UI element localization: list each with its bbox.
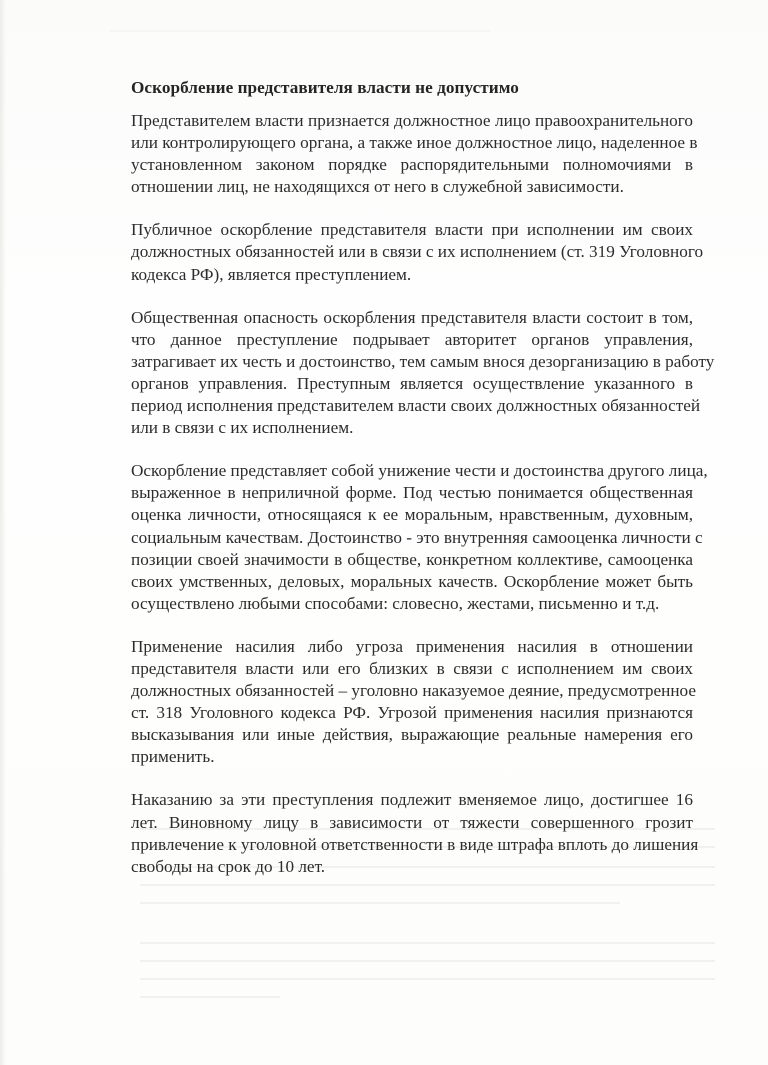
text-line: оценка личности, относящаяся к ее мораль…	[131, 504, 693, 526]
text-line: представителя власти или его близких в с…	[131, 658, 693, 680]
text-line: Наказанию за эти преступления подлежит в…	[131, 789, 693, 811]
text-line: кодекса РФ), является преступлением.	[131, 264, 693, 286]
text-line: своих умственных, деловых, моральных кач…	[131, 571, 693, 593]
text-line: осуществлено любыми способами: словесно,…	[131, 593, 693, 615]
bleed-through-line	[110, 30, 490, 32]
text-line: Общественная опасность оскорбления предс…	[131, 307, 693, 329]
text-line: привлечение к уголовной ответственности …	[131, 834, 693, 856]
text-line: органов управления. Преступным является …	[131, 373, 693, 395]
text-line: должностных обязанностей – уголовно нака…	[131, 680, 693, 702]
text-line: позиции своей значимости в обществе, кон…	[131, 549, 693, 571]
paragraph-article-319: Публичное оскорбление представителя влас…	[131, 219, 693, 285]
bleed-through-line	[140, 960, 715, 962]
text-line: Применение насилия либо угроза применени…	[131, 636, 693, 658]
bleed-through-line	[140, 996, 280, 998]
text-line: Оскорбление представляет собой унижение …	[131, 460, 693, 482]
text-line: затрагивает их честь и достоинство, тем …	[131, 351, 693, 373]
paragraph-insult-definition: Оскорбление представляет собой унижение …	[131, 460, 693, 615]
text-line: применить.	[131, 746, 693, 768]
text-line: Представителем власти признается должнос…	[131, 110, 693, 132]
text-line: Публичное оскорбление представителя влас…	[131, 219, 693, 241]
document-title: Оскорбление представителя власти не допу…	[131, 77, 693, 99]
text-line: социальным качествам. Достоинство - это …	[131, 527, 693, 549]
paragraph-definition: Представителем власти признается должнос…	[131, 110, 693, 198]
scanned-page: Оскорбление представителя власти не допу…	[0, 0, 768, 1065]
text-line: должностных обязанностей или в связи с и…	[131, 241, 693, 263]
paragraph-article-318: Применение насилия либо угроза применени…	[131, 636, 693, 769]
bleed-through-line	[140, 942, 715, 944]
text-line: установленном законом порядке распорядит…	[131, 154, 693, 176]
text-line: или в связи с их исполнением.	[131, 417, 693, 439]
text-line: что данное преступление подрывает автори…	[131, 329, 693, 351]
scan-edge-shadow	[0, 0, 6, 1065]
text-line: свободы на срок до 10 лет.	[131, 856, 693, 878]
paragraph-punishment: Наказанию за эти преступления подлежит в…	[131, 789, 693, 877]
bleed-through-line	[140, 978, 715, 980]
text-line: период исполнения представителем власти …	[131, 395, 693, 417]
text-line: ст. 318 Уголовного кодекса РФ. Угрозой п…	[131, 702, 693, 724]
text-line: лет. Виновному лицу в зависимости от тяж…	[131, 812, 693, 834]
text-line: отношении лиц, не находящихся от него в …	[131, 176, 693, 198]
text-line: высказывания или иные действия, выражающ…	[131, 724, 693, 746]
paragraph-public-danger: Общественная опасность оскорбления предс…	[131, 307, 693, 440]
text-line: или контролирующего органа, а также иное…	[131, 132, 693, 154]
text-line: выраженное в неприличной форме. Под чест…	[131, 482, 693, 504]
bleed-through-line	[140, 902, 620, 904]
document-body: Оскорбление представителя власти не допу…	[131, 77, 693, 899]
